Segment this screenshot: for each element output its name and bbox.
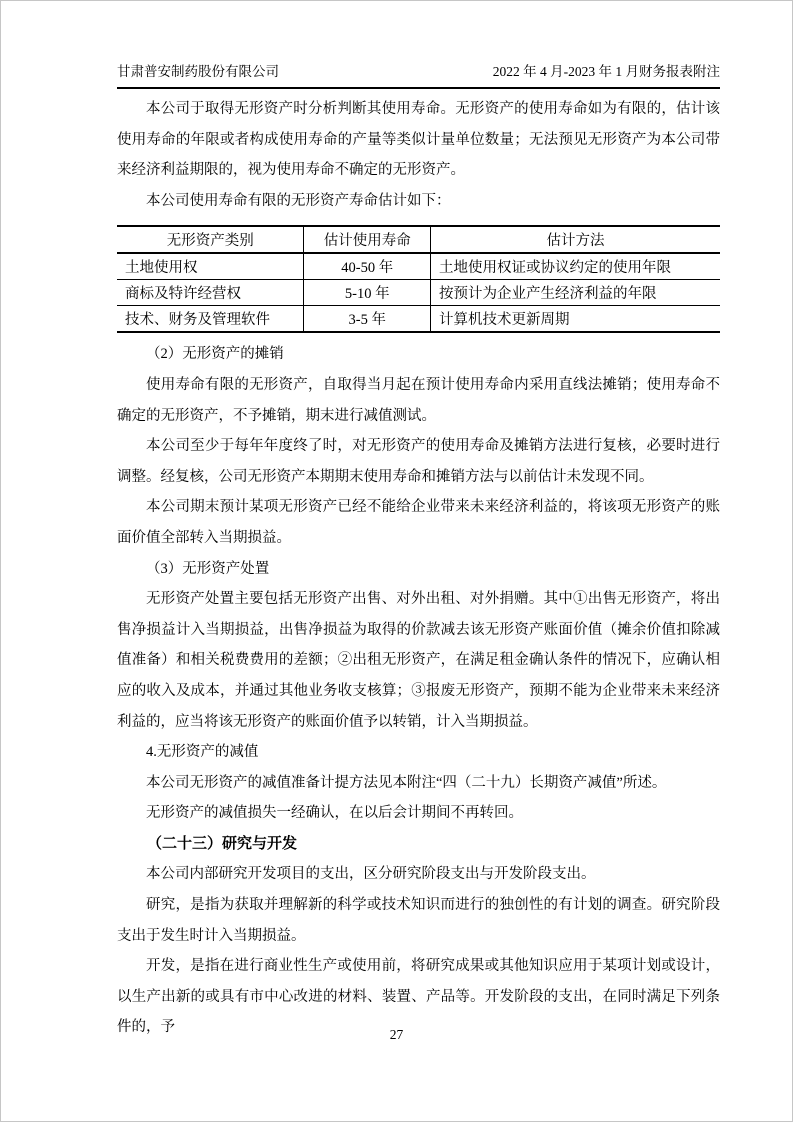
paragraph-impairment-method: 本公司无形资产的减值准备计提方法见本附注“四（二十九）长期资产减值”所述。 <box>117 768 720 799</box>
document-body: 本公司于取得无形资产时分析判断其使用寿命。无形资产的使用寿命如为有限的，估计该使… <box>117 94 720 1043</box>
table-cell: 土地使用权 <box>117 253 304 280</box>
table-cell: 3-5 年 <box>304 306 431 333</box>
paragraph-disposal-detail: 无形资产处置主要包括无形资产出售、对外出租、对外捐赠。其中①出售无形资产，将出售… <box>117 584 720 737</box>
page-header: 甘肃普安制药股份有限公司 2022 年 4 月-2023 年 1 月财务报表附注 <box>117 63 720 89</box>
paragraph-impairment-no-reversal: 无形资产的减值损失一经确认，在以后会计期间不再转回。 <box>117 798 720 829</box>
paragraph-research-definition: 研究，是指为获取并理解新的科学或技术知识而进行的独创性的有计划的调查。研究阶段支… <box>117 890 720 951</box>
paragraph-useful-life-table-intro: 本公司使用寿命有限的无形资产寿命估计如下： <box>117 186 720 217</box>
header-company-name: 甘肃普安制药股份有限公司 <box>117 63 279 80</box>
page-footer: 27 <box>1 1027 792 1043</box>
section-heading-research-development: （二十三）研究与开发 <box>117 829 720 860</box>
table-cell: 40-50 年 <box>304 253 431 280</box>
paragraph-useful-life-judgement: 本公司于取得无形资产时分析判断其使用寿命。无形资产的使用寿命如为有限的，估计该使… <box>117 94 720 186</box>
table-cell: 按预计为企业产生经济利益的年限 <box>431 280 720 306</box>
table-row: 土地使用权 40-50 年 土地使用权证或协议约定的使用年限 <box>117 253 720 280</box>
subheading-disposal: （3）无形资产处置 <box>117 554 720 585</box>
table-cell: 商标及特许经营权 <box>117 280 304 306</box>
paragraph-amortization-method: 使用寿命有限的无形资产，自取得当月起在预计使用寿命内采用直线法摊销；使用寿命不确… <box>117 370 720 431</box>
table-header-row: 无形资产类别 估计使用寿命 估计方法 <box>117 226 720 253</box>
table-cell: 5-10 年 <box>304 280 431 306</box>
document-page: 甘肃普安制药股份有限公司 2022 年 4 月-2023 年 1 月财务报表附注… <box>0 0 793 1122</box>
paragraph-rd-expenditure-split: 本公司内部研究开发项目的支出，区分研究阶段支出与开发阶段支出。 <box>117 859 720 890</box>
useful-life-table: 无形资产类别 估计使用寿命 估计方法 土地使用权 40-50 年 土地使用权证或… <box>117 225 720 333</box>
subheading-amortization: （2）无形资产的摊销 <box>117 339 720 370</box>
table-cell: 计算机技术更新周期 <box>431 306 720 333</box>
page-number: 27 <box>390 1027 404 1042</box>
header-report-title: 2022 年 4 月-2023 年 1 月财务报表附注 <box>493 63 720 80</box>
table-cell: 技术、财务及管理软件 <box>117 306 304 333</box>
table-header-estimated-life: 估计使用寿命 <box>304 226 431 253</box>
paragraph-carrying-amount-transfer: 本公司期末预计某项无形资产已经不能给企业带来未来经济利益的，将该项无形资产的账面… <box>117 492 720 553</box>
paragraph-annual-review: 本公司至少于每年年度终了时，对无形资产的使用寿命及摊销方法进行复核，必要时进行调… <box>117 431 720 492</box>
table-row: 商标及特许经营权 5-10 年 按预计为企业产生经济利益的年限 <box>117 280 720 306</box>
subheading-impairment: 4.无形资产的减值 <box>117 737 720 768</box>
table-header-category: 无形资产类别 <box>117 226 304 253</box>
table-header-estimation-method: 估计方法 <box>431 226 720 253</box>
table-row: 技术、财务及管理软件 3-5 年 计算机技术更新周期 <box>117 306 720 333</box>
table-cell: 土地使用权证或协议约定的使用年限 <box>431 253 720 280</box>
